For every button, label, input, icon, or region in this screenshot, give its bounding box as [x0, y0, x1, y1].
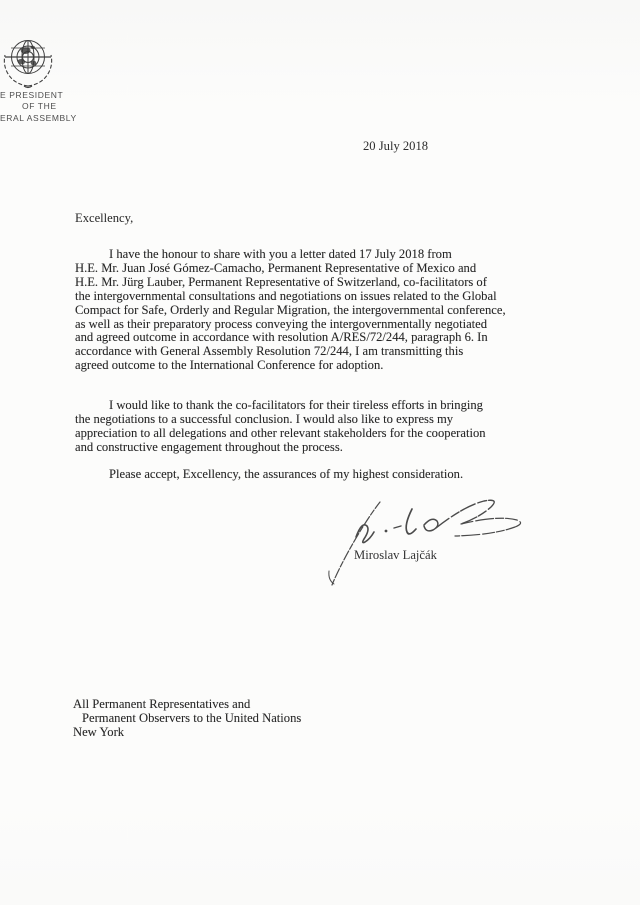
signature-scrawl — [320, 497, 535, 592]
letter-line: H.E. Mr. Jürg Lauber, Permanent Represen… — [75, 276, 580, 290]
recipient-line: New York — [73, 726, 301, 740]
closing-line: Please accept, Excellency, the assurance… — [75, 468, 580, 482]
letter-line: and constructive engagement throughout t… — [75, 441, 580, 455]
letter-line: the negotiations to a successful conclus… — [75, 413, 580, 427]
recipient-line: All Permanent Representatives and — [73, 698, 301, 712]
letter-line: I would like to thank the co-facilitator… — [75, 399, 580, 413]
letter-line: appreciation to all delegations and othe… — [75, 427, 580, 441]
letter-line: the intergovernmental consultations and … — [75, 290, 580, 304]
letterhead-line: OF THE — [0, 101, 77, 112]
paragraph-2: I would like to thank the co-facilitator… — [75, 399, 580, 455]
letter-line: as well as their preparatory process con… — [75, 318, 580, 332]
letter-line: Please accept, Excellency, the assurance… — [75, 468, 580, 482]
letterhead-line: E PRESIDENT — [0, 90, 77, 101]
letter-line: and agreed outcome in accordance with re… — [75, 331, 580, 345]
letterhead-line: ERAL ASSEMBLY — [0, 113, 77, 124]
letterhead: E PRESIDENT OF THE ERAL ASSEMBLY — [0, 90, 77, 124]
letter-page: E PRESIDENT OF THE ERAL ASSEMBLY 20 July… — [0, 0, 640, 905]
recipient-line: Permanent Observers to the United Nation… — [73, 712, 301, 726]
signatory-name: Miroslav Lajčák — [354, 548, 437, 563]
letter-date: 20 July 2018 — [363, 139, 428, 154]
letter-line: Compact for Safe, Orderly and Regular Mi… — [75, 304, 580, 318]
letter-line: I have the honour to share with you a le… — [75, 248, 580, 262]
recipient-block: All Permanent Representatives and Perman… — [73, 698, 301, 740]
salutation: Excellency, — [75, 211, 133, 226]
letter-line: H.E. Mr. Juan José Gómez-Camacho, Perman… — [75, 262, 580, 276]
letter-line: agreed outcome to the International Conf… — [75, 359, 580, 373]
paragraph-1: I have the honour to share with you a le… — [75, 248, 580, 373]
letter-line: accordance with General Assembly Resolut… — [75, 345, 580, 359]
un-emblem-icon — [0, 36, 60, 90]
